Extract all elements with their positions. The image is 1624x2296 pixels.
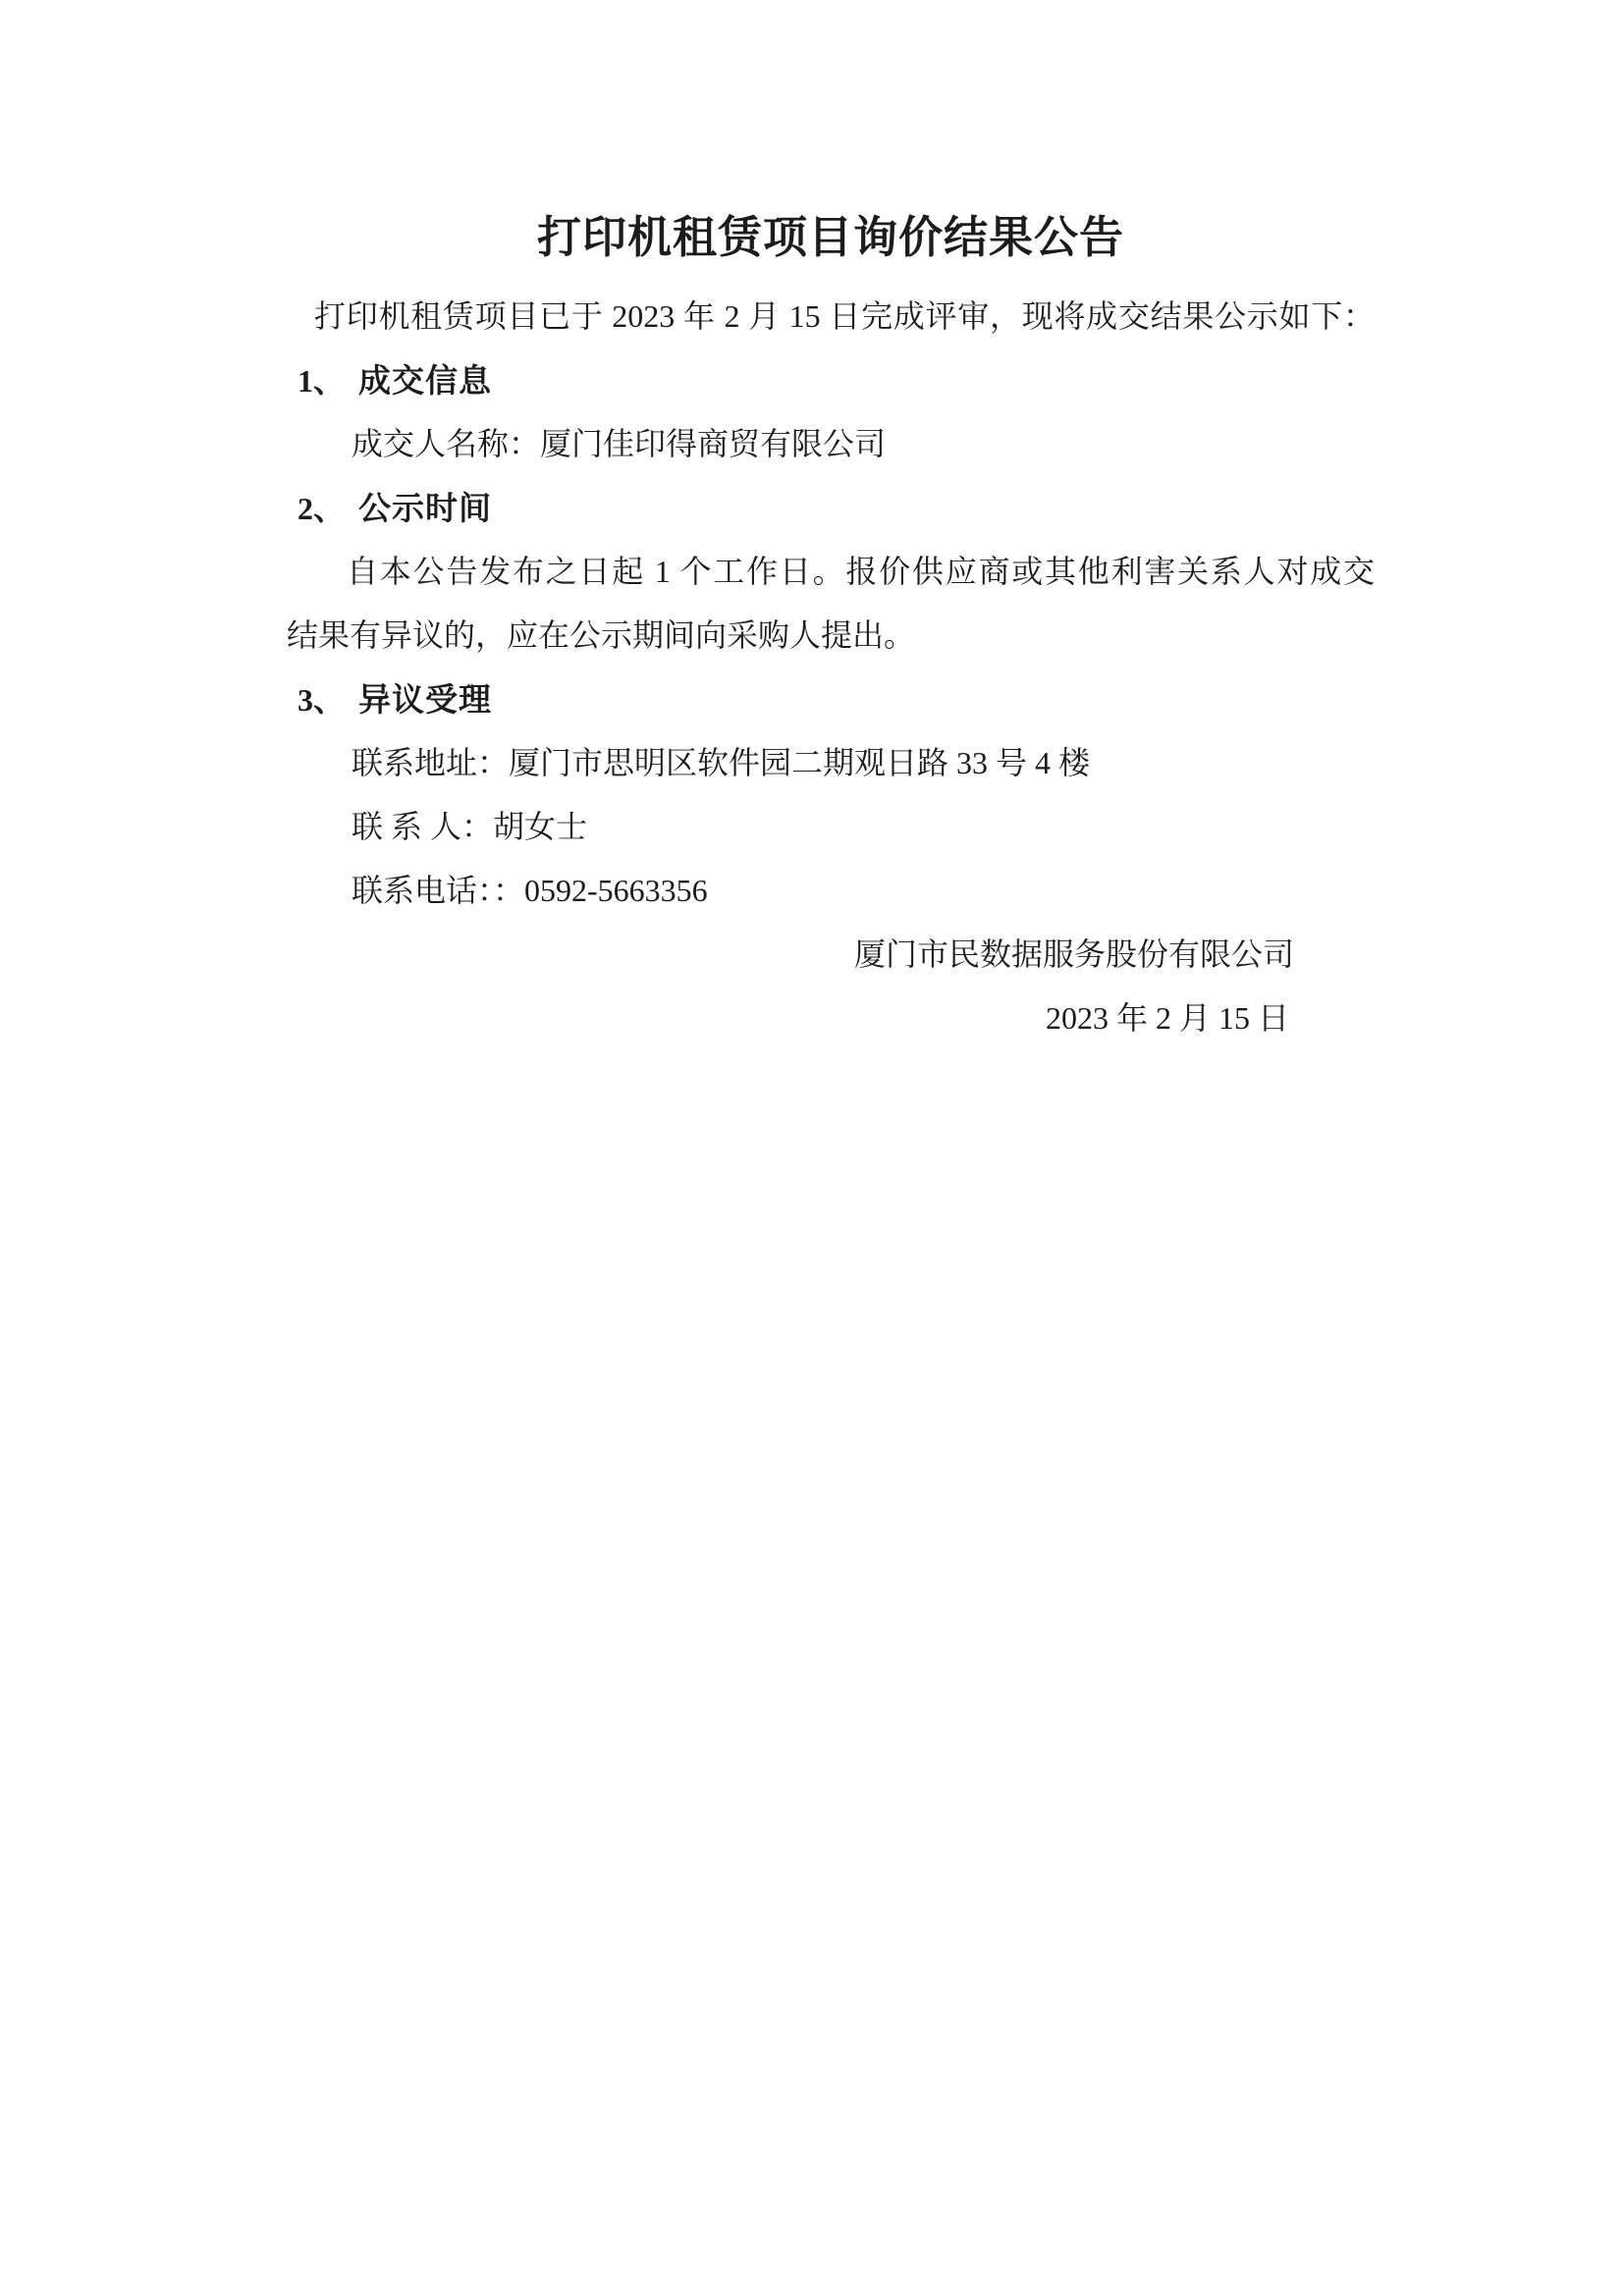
- section-2-title: 公示时间: [358, 490, 492, 526]
- signature-date: 2023 年 2 月 15 日: [287, 987, 1375, 1050]
- section-3-number: 3、: [298, 682, 345, 718]
- section-3-title: 异议受理: [358, 681, 492, 718]
- contact-address-line: 联系地址：厦门市思明区软件园二期观日路 33 号 4 楼: [287, 731, 1375, 795]
- section-3-heading: 3、异议受理: [287, 667, 1375, 731]
- section-2-number: 2、: [298, 491, 345, 526]
- signature-company: 厦门市民数据服务股份有限公司: [287, 923, 1375, 987]
- section-1-number: 1、: [298, 363, 345, 399]
- document-page: 打印机租赁项目询价结果公告 打印机租赁项目已于 2023 年 2 月 15 日完…: [0, 0, 1624, 2296]
- document-title: 打印机租赁项目询价结果公告: [287, 204, 1375, 271]
- section-1-title: 成交信息: [358, 362, 492, 399]
- document-content: 打印机租赁项目询价结果公告 打印机租赁项目已于 2023 年 2 月 15 日完…: [0, 0, 1624, 1050]
- intro-paragraph: 打印机租赁项目已于 2023 年 2 月 15 日完成评审，现将成交结果公示如下…: [287, 285, 1375, 348]
- contact-phone-line: 联系电话：：0592-5663356: [287, 859, 1375, 923]
- section-2-heading: 2、公示时间: [287, 476, 1375, 540]
- section-1-heading: 1、成交信息: [287, 348, 1375, 412]
- notice-period-line-1: 自本公告发布之日起 1 个工作日。报价供应商或其他利害关系人对成交: [287, 540, 1375, 604]
- winner-name-line: 成交人名称：厦门佳印得商贸有限公司: [287, 412, 1375, 476]
- notice-period-line-2: 结果有异议的，应在公示期间向采购人提出。: [287, 604, 1375, 667]
- contact-person-line: 联 系 人：胡女士: [287, 795, 1375, 859]
